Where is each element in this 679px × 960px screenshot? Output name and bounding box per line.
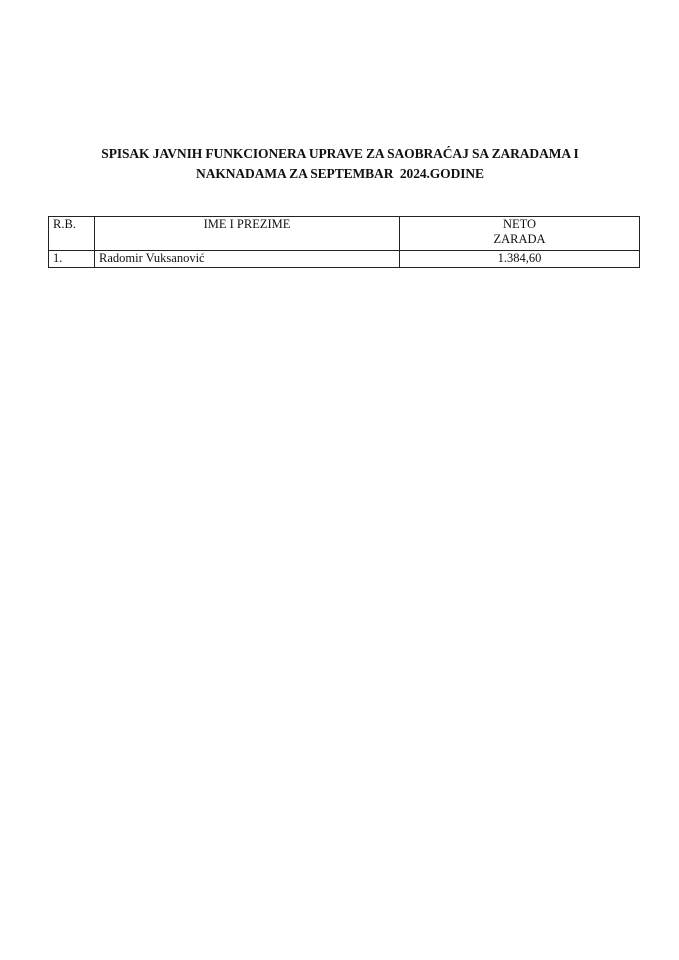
table-row: 1. Radomir Vuksanović 1.384,60: [49, 251, 640, 268]
officials-salary-table: R.B. IME I PREZIME NETO ZARADA 1. Radomi…: [48, 216, 640, 268]
header-net-line1: NETO: [404, 217, 635, 232]
table-header-row: R.B. IME I PREZIME NETO ZARADA: [49, 217, 640, 251]
document-page: SPISAK JAVNIH FUNKCIONERA UPRAVE ZA SAOB…: [0, 0, 679, 960]
header-rb: R.B.: [49, 217, 95, 251]
title-line-2: NAKNADAMA ZA SEPTEMBAR 2024.GODINE: [40, 164, 640, 184]
header-net-line2: ZARADA: [404, 232, 635, 247]
cell-name: Radomir Vuksanović: [95, 251, 400, 268]
document-title: SPISAK JAVNIH FUNKCIONERA UPRAVE ZA SAOB…: [40, 144, 640, 184]
cell-rb: 1.: [49, 251, 95, 268]
title-line-1: SPISAK JAVNIH FUNKCIONERA UPRAVE ZA SAOB…: [40, 144, 640, 164]
header-net-salary: NETO ZARADA: [400, 217, 640, 251]
header-name: IME I PREZIME: [95, 217, 400, 251]
cell-net-salary: 1.384,60: [400, 251, 640, 268]
